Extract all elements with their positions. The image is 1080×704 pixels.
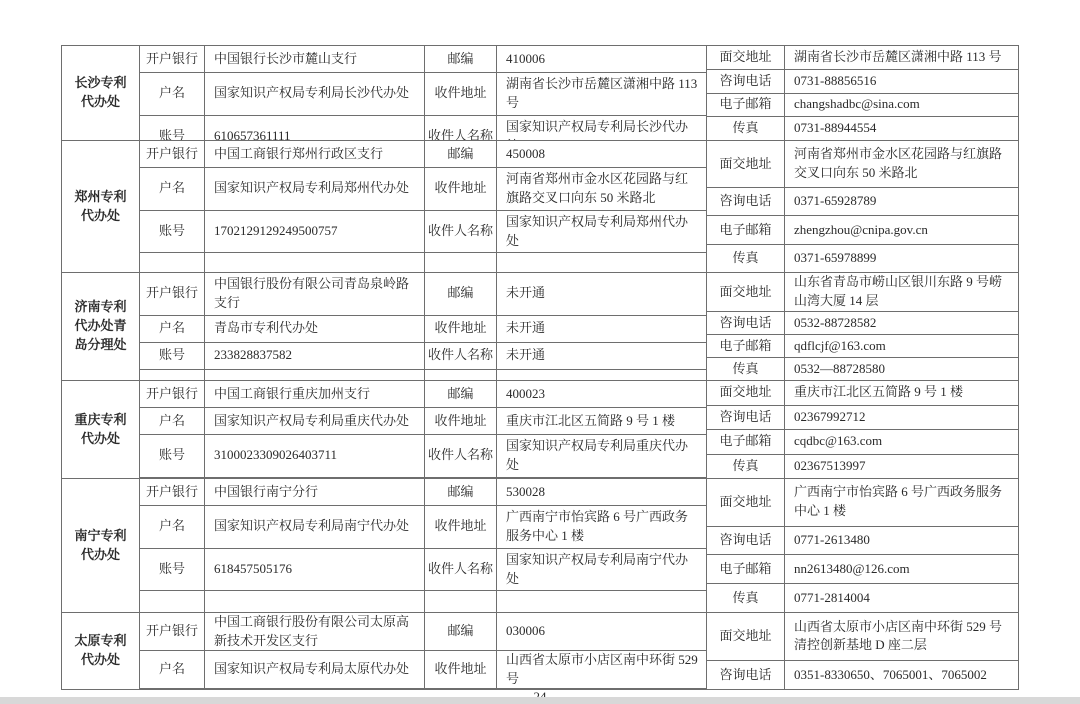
left-row: 户名国家知识产权局专利局长沙代办处收件地址湖南省长沙市岳麓区潇湘中路 113 号	[140, 73, 706, 116]
row-label-account: 账号	[140, 211, 205, 253]
office-mail_address: 湖南省长沙市岳麓区潇湘中路 113 号	[497, 73, 706, 115]
row-label-holder: 户名	[140, 408, 205, 434]
office-bank: 中国工商银行郑州行政区支行	[205, 141, 425, 167]
empty-cell	[497, 591, 706, 612]
empty-cell	[497, 370, 706, 380]
left-row: 户名国家知识产权局专利局南宁代办处收件地址广西南宁市怡宾路 6 号广西政务服务中…	[140, 506, 706, 549]
office-name: 重庆专利代办处	[62, 381, 140, 478]
office-visit_address: 山东省青岛市崂山区银川东路 9 号崂山湾大厦 14 层	[785, 273, 1018, 311]
empty-cell	[140, 370, 205, 380]
empty-cell	[425, 370, 497, 380]
row-label-recipient: 收件人名称	[425, 343, 497, 369]
office-account: 3100023309026403711	[205, 435, 425, 477]
office-left-section: 开户银行中国银行股份有限公司青岛泉岭路支行邮编未开通户名青岛市专利代办处收件地址…	[140, 273, 707, 380]
row-label-mail_address: 收件地址	[425, 168, 497, 210]
office-right-section: 面交地址河南省郑州市金水区花园路与红旗路交叉口向东 50 米路北咨询电话0371…	[707, 141, 1018, 272]
office-left-section: 开户银行中国工商银行重庆加州支行邮编400023户名国家知识产权局专利局重庆代办…	[140, 381, 707, 478]
office-holder: 国家知识产权局专利局郑州代办处	[205, 168, 425, 210]
office-left-section: 开户银行中国银行长沙市麓山支行邮编410006户名国家知识产权局专利局长沙代办处…	[140, 46, 707, 140]
office-postcode: 450008	[497, 141, 706, 167]
office-phone: 0371-65928789	[785, 188, 1018, 215]
row-label-email: 电子邮箱	[707, 430, 785, 454]
row-label-visit_address: 面交地址	[707, 381, 785, 405]
office-block: 太原专利代办处开户银行中国工商银行股份有限公司太原高新技术开发区支行邮编0300…	[62, 613, 1018, 689]
row-label-visit_address: 面交地址	[707, 479, 785, 526]
right-row: 电子邮箱nn2613480@126.com	[707, 555, 1018, 584]
left-row: 户名青岛市专利代办处收件地址未开通	[140, 316, 706, 343]
office-fax: 02367513997	[785, 455, 1018, 479]
row-label-visit_address: 面交地址	[707, 141, 785, 187]
right-row: 咨询电话0371-65928789	[707, 188, 1018, 216]
row-label-mail_address: 收件地址	[425, 651, 497, 688]
office-recipient: 国家知识产权局专利局长沙代办处	[497, 116, 706, 141]
right-row: 传真0731-88944554	[707, 117, 1018, 140]
right-row: 咨询电话02367992712	[707, 406, 1018, 431]
office-recipient: 国家知识产权局专利局郑州代办处	[497, 211, 706, 253]
office-mail_address: 重庆市江北区五简路 9 号 1 楼	[497, 408, 706, 434]
office-postcode: 410006	[497, 46, 706, 72]
office-left-section: 开户银行中国工商银行股份有限公司太原高新技术开发区支行邮编030006户名国家知…	[140, 613, 707, 689]
right-row: 电子邮箱zhengzhou@cnipa.gov.cn	[707, 216, 1018, 244]
office-mail_address: 广西南宁市怡宾路 6 号广西政务服务中心 1 楼	[497, 506, 706, 548]
row-label-visit_address: 面交地址	[707, 273, 785, 311]
left-row: 户名国家知识产权局专利局重庆代办处收件地址重庆市江北区五简路 9 号 1 楼	[140, 408, 706, 435]
office-block: 长沙专利代办处开户银行中国银行长沙市麓山支行邮编410006户名国家知识产权局专…	[62, 46, 1018, 141]
empty-cell	[205, 370, 425, 380]
office-bank: 中国工商银行重庆加州支行	[205, 381, 425, 407]
row-label-recipient: 收件人名称	[425, 549, 497, 591]
row-label-recipient: 收件人名称	[425, 435, 497, 477]
row-label-postcode: 邮编	[425, 141, 497, 167]
right-row: 传真0771-2814004	[707, 584, 1018, 612]
empty-cell	[205, 591, 425, 612]
row-label-phone: 咨询电话	[707, 312, 785, 334]
office-visit_address: 山西省太原市小店区南中环街 529 号清控创新基地 D 座二层	[785, 613, 1018, 660]
left-row: 开户银行中国工商银行郑州行政区支行邮编450008	[140, 141, 706, 168]
row-label-mail_address: 收件地址	[425, 316, 497, 342]
office-mail_address: 山西省太原市小店区南中环街 529 号	[497, 651, 706, 688]
right-row: 传真02367513997	[707, 455, 1018, 479]
row-label-account: 账号	[140, 549, 205, 591]
left-row: 开户银行中国工商银行股份有限公司太原高新技术开发区支行邮编030006	[140, 613, 706, 651]
patent-offices-table: 长沙专利代办处开户银行中国银行长沙市麓山支行邮编410006户名国家知识产权局专…	[61, 45, 1019, 690]
row-label-postcode: 邮编	[425, 479, 497, 505]
row-label-mail_address: 收件地址	[425, 506, 497, 548]
office-postcode: 530028	[497, 479, 706, 505]
left-row: 账号618457505176收件人名称国家知识产权局专利局南宁代办处	[140, 549, 706, 592]
office-visit_address: 湖南省长沙市岳麓区潇湘中路 113 号	[785, 46, 1018, 69]
right-row: 面交地址重庆市江北区五简路 9 号 1 楼	[707, 381, 1018, 406]
row-label-recipient: 收件人名称	[425, 211, 497, 253]
office-email: zhengzhou@cnipa.gov.cn	[785, 216, 1018, 243]
row-label-mail_address: 收件地址	[425, 73, 497, 115]
row-label-fax: 传真	[707, 584, 785, 612]
row-label-account: 账号	[140, 435, 205, 477]
right-row: 电子邮箱cqdbc@163.com	[707, 430, 1018, 455]
left-row: 开户银行中国银行长沙市麓山支行邮编410006	[140, 46, 706, 73]
office-left-section: 开户银行中国银行南宁分行邮编530028户名国家知识产权局专利局南宁代办处收件地…	[140, 479, 707, 612]
office-block: 郑州专利代办处开户银行中国工商银行郑州行政区支行邮编450008户名国家知识产权…	[62, 141, 1018, 273]
row-label-phone: 咨询电话	[707, 188, 785, 215]
office-name: 济南专利代办处青岛分理处	[62, 273, 140, 380]
office-holder: 国家知识产权局专利局长沙代办处	[205, 73, 425, 115]
left-row: 开户银行中国银行股份有限公司青岛泉岭路支行邮编未开通	[140, 273, 706, 316]
row-label-holder: 户名	[140, 73, 205, 115]
document-page: 长沙专利代办处开户银行中国银行长沙市麓山支行邮编410006户名国家知识产权局专…	[0, 0, 1080, 704]
office-block: 重庆专利代办处开户银行中国工商银行重庆加州支行邮编400023户名国家知识产权局…	[62, 381, 1018, 479]
right-row: 面交地址山东省青岛市崂山区银川东路 9 号崂山湾大厦 14 层	[707, 273, 1018, 312]
office-phone: 02367992712	[785, 406, 1018, 430]
right-row: 咨询电话0351-8330650、7065001、7065002	[707, 661, 1018, 689]
office-holder: 国家知识产权局专利局重庆代办处	[205, 408, 425, 434]
row-label-fax: 传真	[707, 455, 785, 479]
office-email: qdflcjf@163.com	[785, 335, 1018, 357]
office-fax: 0371-65978899	[785, 245, 1018, 272]
row-label-fax: 传真	[707, 245, 785, 272]
row-label-email: 电子邮箱	[707, 216, 785, 243]
row-label-phone: 咨询电话	[707, 70, 785, 93]
row-label-phone: 咨询电话	[707, 661, 785, 689]
right-row: 咨询电话0532-88728582	[707, 312, 1018, 335]
office-phone: 0351-8330650、7065001、7065002	[785, 661, 1018, 689]
row-label-phone: 咨询电话	[707, 406, 785, 430]
row-label-holder: 户名	[140, 168, 205, 210]
office-right-section: 面交地址山西省太原市小店区南中环街 529 号清控创新基地 D 座二层咨询电话0…	[707, 613, 1018, 689]
office-email: cqdbc@163.com	[785, 430, 1018, 454]
office-name: 长沙专利代办处	[62, 46, 140, 140]
office-email: nn2613480@126.com	[785, 555, 1018, 583]
office-account: 233828837582	[205, 343, 425, 369]
left-row: 账号233828837582收件人名称未开通	[140, 343, 706, 370]
row-label-bank: 开户银行	[140, 141, 205, 167]
right-row: 咨询电话0771-2613480	[707, 527, 1018, 556]
office-email: changshadbc@sina.com	[785, 94, 1018, 117]
office-holder: 青岛市专利代办处	[205, 316, 425, 342]
row-label-visit_address: 面交地址	[707, 613, 785, 660]
left-row: 户名国家知识产权局专利局太原代办处收件地址山西省太原市小店区南中环街 529 号	[140, 651, 706, 689]
office-holder: 国家知识产权局专利局太原代办处	[205, 651, 425, 688]
row-label-bank: 开户银行	[140, 479, 205, 505]
row-label-mail_address: 收件地址	[425, 408, 497, 434]
row-label-bank: 开户银行	[140, 381, 205, 407]
office-fax: 0731-88944554	[785, 117, 1018, 140]
office-holder: 国家知识产权局专利局南宁代办处	[205, 506, 425, 548]
row-label-account: 账号	[140, 343, 205, 369]
office-postcode: 400023	[497, 381, 706, 407]
office-visit_address: 河南省郑州市金水区花园路与红旗路交叉口向东 50 米路北	[785, 141, 1018, 187]
empty-cell	[497, 253, 706, 272]
right-row: 面交地址广西南宁市怡宾路 6 号广西政务服务中心 1 楼	[707, 479, 1018, 527]
office-recipient: 国家知识产权局专利局重庆代办处	[497, 435, 706, 477]
row-label-email: 电子邮箱	[707, 94, 785, 117]
office-phone: 0532-88728582	[785, 312, 1018, 334]
right-row: 面交地址湖南省长沙市岳麓区潇湘中路 113 号	[707, 46, 1018, 70]
left-row: 账号3100023309026403711收件人名称国家知识产权局专利局重庆代办…	[140, 435, 706, 478]
page-bottom-edge	[0, 697, 1080, 704]
right-row: 面交地址山西省太原市小店区南中环街 529 号清控创新基地 D 座二层	[707, 613, 1018, 661]
office-name: 郑州专利代办处	[62, 141, 140, 272]
office-bank: 中国银行股份有限公司青岛泉岭路支行	[205, 273, 425, 315]
row-label-holder: 户名	[140, 316, 205, 342]
left-row: 开户银行中国银行南宁分行邮编530028	[140, 479, 706, 506]
office-fax: 0771-2814004	[785, 584, 1018, 612]
row-label-postcode: 邮编	[425, 46, 497, 72]
office-bank: 中国工商银行股份有限公司太原高新技术开发区支行	[205, 613, 425, 650]
right-row: 传真0371-65978899	[707, 245, 1018, 272]
row-label-fax: 传真	[707, 358, 785, 380]
row-label-email: 电子邮箱	[707, 555, 785, 583]
left-filler-row	[140, 370, 706, 380]
row-label-postcode: 邮编	[425, 381, 497, 407]
office-recipient: 国家知识产权局专利局南宁代办处	[497, 549, 706, 591]
office-bank: 中国银行南宁分行	[205, 479, 425, 505]
left-row: 账号610657361111收件人名称国家知识产权局专利局长沙代办处	[140, 116, 706, 141]
row-label-recipient: 收件人名称	[425, 116, 497, 141]
office-mail_address: 河南省郑州市金水区花园路与红旗路交叉口向东 50 米路北	[497, 168, 706, 210]
office-block: 南宁专利代办处开户银行中国银行南宁分行邮编530028户名国家知识产权局专利局南…	[62, 479, 1018, 613]
office-right-section: 面交地址湖南省长沙市岳麓区潇湘中路 113 号咨询电话0731-88856516…	[707, 46, 1018, 140]
empty-cell	[205, 253, 425, 272]
office-postcode: 030006	[497, 613, 706, 650]
row-label-holder: 户名	[140, 506, 205, 548]
row-label-visit_address: 面交地址	[707, 46, 785, 69]
office-account: 1702129129249500757	[205, 211, 425, 253]
office-account: 618457505176	[205, 549, 425, 591]
office-name: 太原专利代办处	[62, 613, 140, 689]
office-mail_address: 未开通	[497, 316, 706, 342]
right-row: 电子邮箱changshadbc@sina.com	[707, 94, 1018, 118]
left-filler-row	[140, 591, 706, 612]
office-right-section: 面交地址重庆市江北区五简路 9 号 1 楼咨询电话02367992712电子邮箱…	[707, 381, 1018, 478]
office-visit_address: 重庆市江北区五简路 9 号 1 楼	[785, 381, 1018, 405]
office-name: 南宁专利代办处	[62, 479, 140, 612]
office-phone: 0771-2613480	[785, 527, 1018, 555]
office-right-section: 面交地址广西南宁市怡宾路 6 号广西政务服务中心 1 楼咨询电话0771-261…	[707, 479, 1018, 612]
office-visit_address: 广西南宁市怡宾路 6 号广西政务服务中心 1 楼	[785, 479, 1018, 526]
empty-cell	[425, 591, 497, 612]
office-fax: 0532—88728580	[785, 358, 1018, 380]
left-row: 户名国家知识产权局专利局郑州代办处收件地址河南省郑州市金水区花园路与红旗路交叉口…	[140, 168, 706, 211]
row-label-bank: 开户银行	[140, 613, 205, 650]
right-row: 面交地址河南省郑州市金水区花园路与红旗路交叉口向东 50 米路北	[707, 141, 1018, 188]
right-row: 电子邮箱qdflcjf@163.com	[707, 335, 1018, 358]
right-row: 咨询电话0731-88856516	[707, 70, 1018, 94]
office-bank: 中国银行长沙市麓山支行	[205, 46, 425, 72]
row-label-holder: 户名	[140, 651, 205, 688]
office-left-section: 开户银行中国工商银行郑州行政区支行邮编450008户名国家知识产权局专利局郑州代…	[140, 141, 707, 272]
row-label-fax: 传真	[707, 117, 785, 140]
empty-cell	[425, 253, 497, 272]
office-block: 济南专利代办处青岛分理处开户银行中国银行股份有限公司青岛泉岭路支行邮编未开通户名…	[62, 273, 1018, 381]
empty-cell	[140, 591, 205, 612]
office-postcode: 未开通	[497, 273, 706, 315]
row-label-bank: 开户银行	[140, 46, 205, 72]
left-row: 开户银行中国工商银行重庆加州支行邮编400023	[140, 381, 706, 408]
office-right-section: 面交地址山东省青岛市崂山区银川东路 9 号崂山湾大厦 14 层咨询电话0532-…	[707, 273, 1018, 380]
office-phone: 0731-88856516	[785, 70, 1018, 93]
row-label-postcode: 邮编	[425, 613, 497, 650]
row-label-postcode: 邮编	[425, 273, 497, 315]
empty-cell	[140, 253, 205, 272]
row-label-phone: 咨询电话	[707, 527, 785, 555]
right-row: 传真0532—88728580	[707, 358, 1018, 380]
office-recipient: 未开通	[497, 343, 706, 369]
left-filler-row	[140, 253, 706, 272]
row-label-account: 账号	[140, 116, 205, 141]
row-label-email: 电子邮箱	[707, 335, 785, 357]
left-row: 账号1702129129249500757收件人名称国家知识产权局专利局郑州代办…	[140, 211, 706, 254]
row-label-bank: 开户银行	[140, 273, 205, 315]
office-account: 610657361111	[205, 116, 425, 141]
